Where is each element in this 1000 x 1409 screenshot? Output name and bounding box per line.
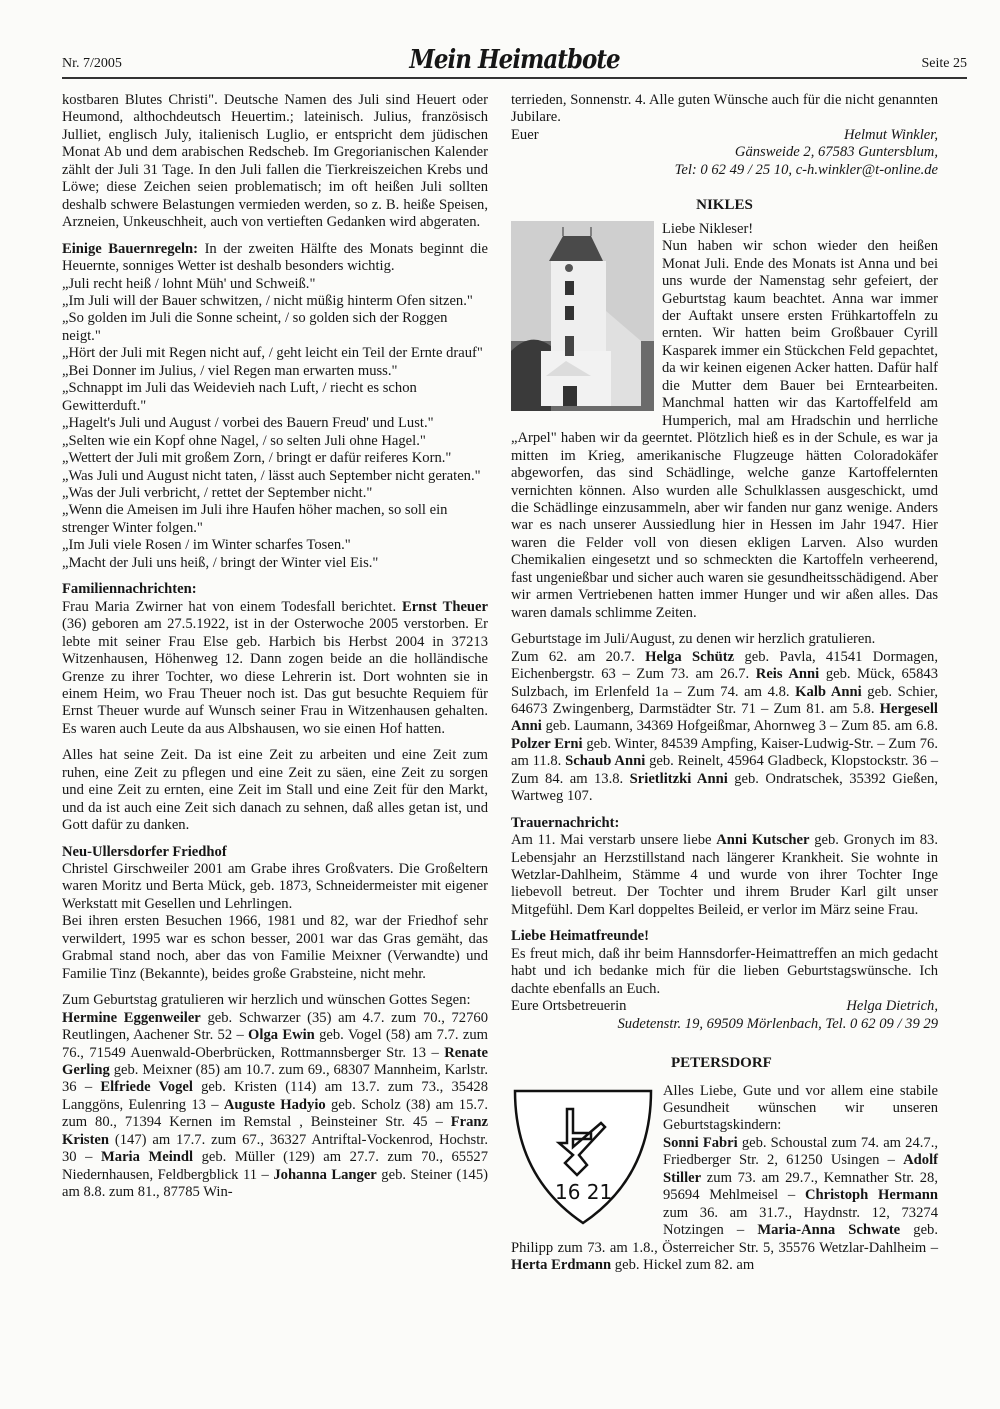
- saying: „Im Juli will der Bauer schwitzen, / nic…: [62, 293, 488, 310]
- alles-hat-seine-zeit: Alles hat seine Zeit. Da ist eine Zeit z…: [62, 747, 488, 834]
- saying: „So golden im Juli die Sonne scheint, / …: [62, 310, 488, 345]
- familiennachrichten-heading: Familiennachrichten:: [62, 581, 488, 598]
- trauer-heading: Trauernachricht:: [511, 815, 938, 832]
- saying: „Selten wie ein Kopf ohne Nagel, / so se…: [62, 433, 488, 450]
- nikles-section: Liebe Nikleser! Nun haben wir schon wied…: [511, 221, 938, 1033]
- geburtstag-intro: Zum Geburtstag gratulieren wir herzlich …: [62, 992, 488, 1009]
- bauernregeln-list: „Juli recht heiß / lohnt Müh' und Schwei…: [62, 276, 488, 573]
- church-image: [511, 221, 654, 411]
- signoff-name: Helmut Winkler,: [844, 127, 938, 144]
- saying: „Hagelt's Juli und August / vorbei des B…: [62, 415, 488, 432]
- saying: „Was der Juli verbricht, / rettet der Se…: [62, 485, 488, 502]
- nikles-birthdays-intro: Geburtstage im Juli/August, zu denen wir…: [511, 631, 938, 648]
- saying: „Was Juli und August nicht taten, / läss…: [62, 468, 488, 485]
- saying: „Im Juli viele Rosen / im Winter scharfe…: [62, 537, 488, 554]
- petersdorf-heading: PETERSDORF: [671, 1055, 938, 1072]
- signoff-address: Gänsweide 2, 67583 Guntersblum,: [511, 144, 938, 161]
- continuation-text: terrieden, Sonnenstr. 4. Alle guten Wüns…: [511, 92, 938, 127]
- page-header: Nr. 7/2005 Mein Heimatbote Seite 25: [62, 46, 967, 76]
- crest-emblem: 16 21: [511, 1087, 655, 1233]
- friedhof-heading: Neu-Ullersdorfer Friedhof: [62, 844, 488, 861]
- saying: „Bei Donner im Julius, / viel Regen man …: [62, 363, 488, 380]
- heimatfreunde-address: Sudetenstr. 19, 69509 Mörlenbach, Tel. 0…: [511, 1016, 938, 1033]
- trauer-text: Am 11. Mai verstarb unsere liebe Anni Ku…: [511, 832, 938, 919]
- bauernregeln-heading: Einige Bauernregeln:: [62, 241, 198, 257]
- left-column: kostbaren Blutes Christi". Deutsche Name…: [62, 92, 488, 1202]
- saying: „Macht der Juli uns heiß, / bringt der W…: [62, 555, 488, 572]
- nikles-heading: NIKLES: [511, 197, 938, 214]
- friedhof-p2: Bei ihren ersten Besuchen 1966, 1981 und…: [62, 913, 488, 983]
- page-number: Seite 25: [922, 56, 968, 72]
- intro-paragraph: kostbaren Blutes Christi". Deutsche Name…: [62, 92, 488, 232]
- friedhof-p1: Christel Girschweiler 2001 am Grabe ihre…: [62, 861, 488, 913]
- heimatfreunde-text: Es freut mich, daß ihr beim Hannsdorfer-…: [511, 946, 938, 998]
- saying: „Wettert der Juli mit großem Zorn, / bri…: [62, 450, 488, 467]
- header-rule: [62, 77, 967, 79]
- saying: „Wenn die Ameisen im Juli ihre Haufen hö…: [62, 502, 488, 537]
- svg-text:16 21: 16 21: [555, 1180, 612, 1204]
- right-column: terrieden, Sonnenstr. 4. Alle guten Wüns…: [511, 92, 938, 1275]
- birthday-list: Hermine Eggenweiler geb. Schwarzer (35) …: [62, 1010, 488, 1202]
- bauernregeln-intro: Einige Bauernregeln: In der zweiten Hälf…: [62, 241, 488, 276]
- heimatfreunde-heading: Liebe Heimatfreunde!: [511, 928, 938, 945]
- deceased-name: Ernst Theuer: [402, 599, 488, 615]
- heimatfreunde-signoff: Eure Ortsbetreuerin Helga Dietrich,: [511, 998, 938, 1015]
- saying: „Hört der Juli mit Regen nicht auf, / ge…: [62, 345, 488, 362]
- familiennachrichten-text: Frau Maria Zwirner hat von einem Todesfa…: [62, 599, 488, 739]
- saying: „Schnappt im Juli das Weidevieh nach Luf…: [62, 380, 488, 415]
- saying: „Juli recht heiß / lohnt Müh' und Schwei…: [62, 276, 488, 293]
- coat-of-arms-icon: 16 21: [511, 1087, 655, 1233]
- issue-number: Nr. 7/2005: [62, 56, 122, 72]
- signoff-contact: Tel: 0 62 49 / 25 10, c-h.winkler@t-onli…: [511, 162, 938, 179]
- nikles-birthday-list: Zum 62. am 20.7. Helga Schütz geb. Pavla…: [511, 649, 938, 806]
- signoff-row: Euer Helmut Winkler,: [511, 127, 938, 144]
- masthead-logo: Mein Heimatbote: [409, 44, 619, 75]
- petersdorf-section: 16 21 Alles Liebe, Gute und vor allem ei…: [511, 1083, 938, 1275]
- church-photo: [511, 221, 654, 411]
